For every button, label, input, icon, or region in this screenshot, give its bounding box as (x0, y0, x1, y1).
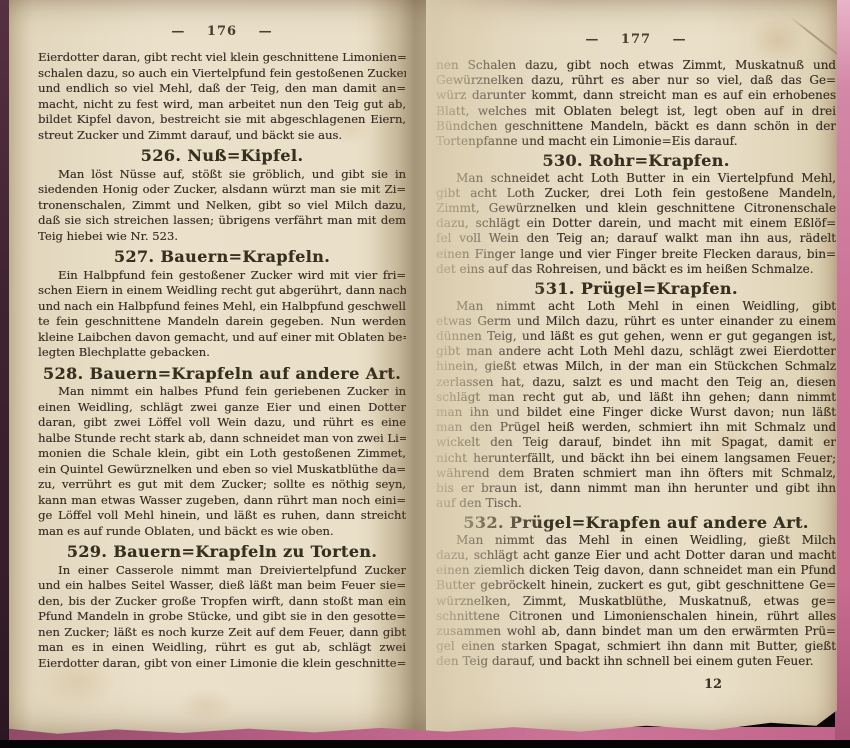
book-spread: — 176 — Eierdotter daran, gibt recht vie… (8, 0, 837, 736)
page-177: — 177 — nen Schalen dazu, gibt noch etwa… (436, 32, 836, 670)
text-line: bildet Kipfel davon, bestreicht sie mit … (38, 112, 406, 128)
paragraph: Man nimmt das Mehl in einen Weidling, gi… (436, 533, 836, 670)
text-line: zu, verrührt es gut mit dem Zucker; soll… (38, 477, 406, 493)
text-line: macht, nicht zu fest wird, man arbeitet … (38, 97, 406, 113)
paragraph: Man löst Nüsse auf, stößt sie gröblich, … (38, 167, 406, 245)
text-line: und nach ein Halbpfund feines Mehl, ein … (38, 299, 406, 315)
text-line: halbe Stunde recht stark ab, dann schnei… (38, 431, 406, 447)
text-line: kleine Laibchen davon gemacht, und auf e… (38, 330, 406, 346)
recipe-heading: 527. Bauern=Krapfeln. (38, 244, 406, 268)
text-line: man ihn und bildet eine Finger dicke Wur… (436, 405, 836, 420)
recipe-heading: 531. Prügel=Krapfen. (436, 277, 836, 299)
text-line: monien die Schale klein, gibt ein Loth g… (38, 446, 406, 462)
text-line: daran, gibt zwei Löffel voll Wein dazu, … (38, 415, 406, 431)
text-line: ge Löffel voll Mehl hinein, und läßt es … (38, 508, 406, 524)
text-line: te fein geschnittene Mandeln darein gege… (38, 314, 406, 330)
text-line: hinein, gießt etwas Milch, in der man ei… (436, 359, 836, 374)
scan-background: — 176 — Eierdotter daran, gibt recht vie… (0, 0, 850, 748)
text-line: zusammen wohl ab, dann bindet man um den… (436, 624, 836, 639)
text-line: schlägt man recht gut ab, und läßt ihn g… (436, 390, 836, 405)
text-line: Ein Halbpfund fein gestoßener Zucker wir… (38, 268, 406, 284)
text-line: man den Prügel heiß werden, schmiert ihn… (436, 420, 836, 435)
text-line: siedenden Honig oder Zucker, alsdann wür… (38, 182, 406, 198)
text-line: streut Zucker und Zimmt darauf, und bäck… (38, 128, 406, 144)
text-line: Blatt, welches mit Oblaten belegt ist, l… (436, 104, 836, 119)
page-number-header-left: — 176 — (38, 24, 406, 40)
text-line: würznelken, Zimmt, Muskatblüthe, Muskatn… (436, 594, 836, 609)
text-line: Eierdotter daran, gibt recht viel klein … (38, 50, 406, 66)
text-line: Man nimmt acht Loth Mehl in einen Weidli… (436, 299, 836, 314)
page-176: — 176 — Eierdotter daran, gibt recht vie… (38, 24, 406, 671)
paragraph: Man nimmt ein halbes Pfund fein gerieben… (38, 384, 406, 539)
text-line: Man nimmt das Mehl in einen Weidling, gi… (436, 533, 836, 548)
text-line: schalen dazu, so auch ein Viertelpfund f… (38, 66, 406, 82)
text-line: auf den Tisch. (436, 496, 836, 511)
text-line: ein Quintel Gewürznelken und eben so vie… (38, 462, 406, 478)
text-line: und endlich so viel Mehl, daß der Teig, … (38, 81, 406, 97)
text-line: Man nimmt ein halbes Pfund fein gerieben… (38, 384, 406, 400)
text-line: legten Blechplatte gebacken. (38, 345, 406, 361)
text-line: bis er braun ist, dann nimmt man ihn her… (436, 481, 836, 496)
recipe-heading: 526. Nuß=Kipfel. (38, 143, 406, 167)
text-line: nen Schalen dazu, gibt noch etwas Zimmt,… (436, 58, 836, 73)
paragraph: Man schneidet acht Loth Butter in ein Vi… (436, 171, 836, 277)
page-body-left: Eierdotter daran, gibt recht viel klein … (38, 50, 406, 671)
text-line: man es in einen Weidling, rührt es gut a… (38, 640, 406, 656)
text-line: Tortenpfanne und macht ein Limonie=Eis d… (436, 134, 836, 149)
text-line: schen Eiern in einem Weidling recht gut … (38, 283, 406, 299)
recipe-heading: 528. Bauern=Krapfeln auf andere Art. (38, 361, 406, 385)
text-line: schnittene Citronen und Limonienschalen … (436, 609, 836, 624)
text-line: einen Weidling, schlägt zwei ganze Eier … (38, 400, 406, 416)
text-line: Man löst Nüsse auf, stößt sie gröblich, … (38, 167, 406, 183)
text-line: einen ziemlich dicken Teig davon, dann s… (436, 563, 836, 578)
text-line: Gewürznelken dazu, rührt es aber nur so … (436, 73, 836, 88)
scan-edge-bottom (0, 740, 850, 748)
text-line: Eierdotter daran, gibt von einer Limonie… (38, 656, 406, 672)
paragraph: nen Schalen dazu, gibt noch etwas Zimmt,… (436, 58, 836, 149)
recipe-heading: 532. Prügel=Krapfen auf andere Art. (436, 511, 836, 533)
text-line: tronenschalen, Zimmt und Nelken, gibt so… (38, 198, 406, 214)
text-line: gibt acht Loth Zucker, drei Loth fein ge… (436, 186, 836, 201)
recipe-heading: 530. Rohr=Krapfen. (436, 149, 836, 171)
signature-mark: 12 (704, 677, 722, 692)
recipe-heading: 529. Bauern=Krapfeln zu Torten. (38, 539, 406, 563)
paragraph: Man nimmt acht Loth Mehl in einen Weidli… (436, 299, 836, 512)
paragraph: Ein Halbpfund fein gestoßener Zucker wir… (38, 268, 406, 361)
text-line: wickelt den Teig darauf, bindet ihn mit … (436, 435, 836, 450)
text-line: daß sie sich streichen lassen; übrigens … (38, 213, 406, 229)
text-line: kann man etwas Wasser zugeben, dann rühr… (38, 493, 406, 509)
text-line: nicht herunterfällt, und bäckt ihn bei e… (436, 451, 836, 466)
text-line: einen Finger lange und vier Finger breit… (436, 247, 836, 262)
page-body-right: nen Schalen dazu, gibt noch etwas Zimmt,… (436, 58, 836, 670)
paragraph: In einer Casserole nimmt man Dreiviertel… (38, 563, 406, 672)
text-line: fel voll Wein den Teig an; darauf walkt … (436, 231, 836, 246)
text-line: Man schneidet acht Loth Butter in ein Vi… (436, 171, 836, 186)
page-number-header-right: — 177 — (436, 32, 836, 48)
text-line: Butter gebröckelt hinein, zuckert es gut… (436, 578, 836, 593)
text-line: Pfund Mandeln in grobe Stücke, und gibt … (38, 609, 406, 625)
text-line: gibt man andere acht Loth Mehl dazu, sch… (436, 344, 836, 359)
binding-edge-left (0, 0, 9, 742)
text-line: Teig hiebei wie Nr. 523. (38, 229, 406, 245)
text-line: Bündchen geschnittene Mandeln, bäckt es … (436, 119, 836, 134)
text-line: würz darunter kommt, dann streicht man e… (436, 88, 836, 103)
text-line: während dem Braten schmiert man ihn öfte… (436, 466, 836, 481)
text-line: dünnen Teig, und läßt es gut gehen, wenn… (436, 329, 836, 344)
text-line: det eins auf das Rohreisen, und bäckt es… (436, 262, 836, 277)
text-line: gel einen starken Spagat, schmiert ihn d… (436, 639, 836, 654)
paragraph: Eierdotter daran, gibt recht viel klein … (38, 50, 406, 143)
book-cover-edge-right (835, 0, 850, 742)
text-line: und ein halbes Seitel Wasser, dieß läßt … (38, 578, 406, 594)
text-line: den, bis der Zucker große Tropfen wirft,… (38, 594, 406, 610)
text-line: dazu, schlägt ein Dotter darein, und mac… (436, 216, 836, 231)
text-line: den Teig darauf, und backt ihn schnell b… (436, 654, 836, 669)
text-line: In einer Casserole nimmt man Dreiviertel… (38, 563, 406, 579)
stain (178, 688, 234, 722)
text-line: zerlassen hat, dazu, salzt es und macht … (436, 375, 836, 390)
text-line: man es auf runde Oblaten, und bäckt es w… (38, 524, 406, 540)
text-line: dazu, schlägt acht ganze Eier und acht D… (436, 548, 836, 563)
text-line: etwas Germ und Milch dazu, rührt es unte… (436, 314, 836, 329)
text-line: Zimmt, Gewürznelken und klein geschnitte… (436, 201, 836, 216)
text-line: nen Zucker; läßt es noch kurze Zeit auf … (38, 625, 406, 641)
